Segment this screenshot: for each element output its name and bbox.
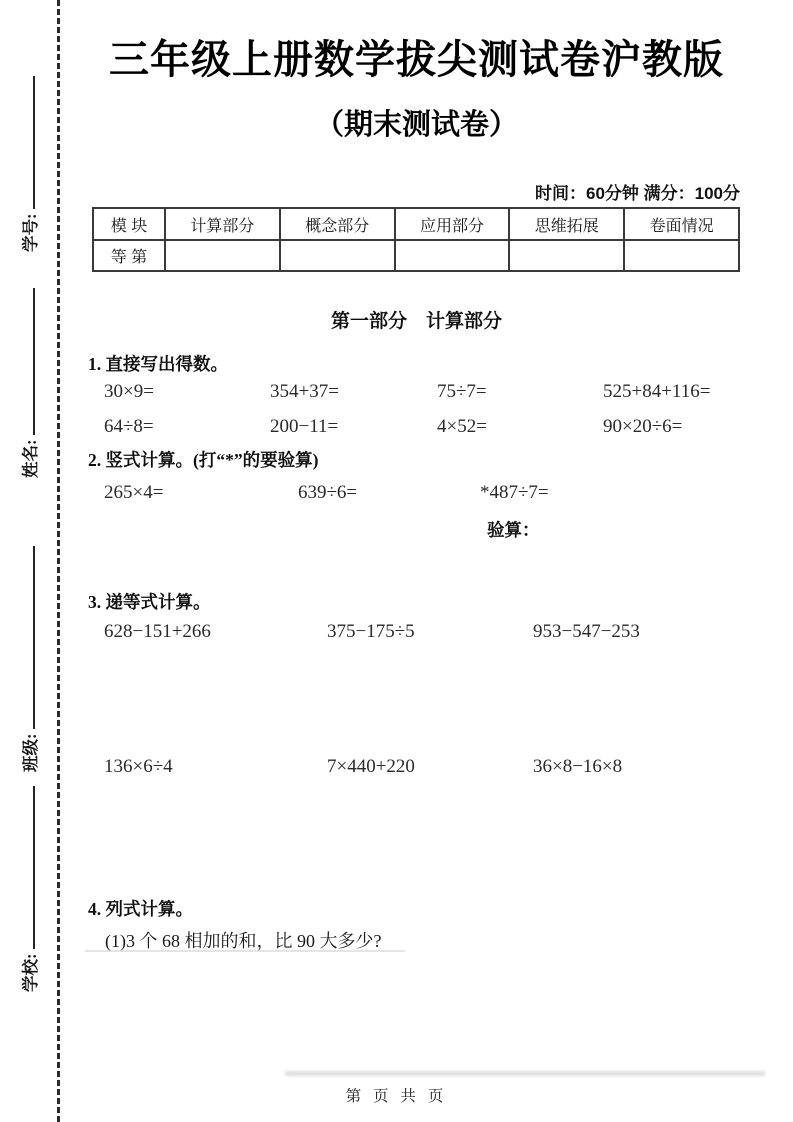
grade-cell bbox=[165, 240, 280, 271]
q3-label: 3. 递等式计算。 bbox=[88, 589, 211, 614]
q2-check-label: 验算： bbox=[487, 517, 540, 542]
q3-equation: 136×6÷4 bbox=[104, 756, 173, 778]
q3-equation: 36×8−16×8 bbox=[533, 756, 622, 778]
q3-equation: 375−175÷5 bbox=[327, 621, 415, 643]
grade-row-label: 等 第 bbox=[93, 240, 165, 271]
q1-equation: 525+84+116= bbox=[603, 381, 710, 403]
score-table-header-row: 模 块 计算部分 概念部分 应用部分 思维拓展 卷面情况 bbox=[93, 208, 739, 240]
q3-row-1: 628−151+266 375−175÷5 953−547−253 bbox=[88, 621, 778, 647]
score-header-concept: 概念部分 bbox=[280, 208, 395, 240]
q1-equation: 64÷8= bbox=[104, 416, 154, 438]
score-header-calculation: 计算部分 bbox=[165, 208, 280, 240]
scan-artifact bbox=[85, 950, 405, 952]
school-fill-line bbox=[33, 786, 35, 950]
q2-equation: *487÷7= bbox=[480, 482, 549, 504]
name-fill-line bbox=[33, 288, 35, 436]
binding-dashed-line bbox=[57, 0, 60, 1122]
q3-equation: 628−151+266 bbox=[104, 621, 211, 643]
margin-field-name: 姓名: bbox=[15, 286, 41, 478]
q1-equation: 354+37= bbox=[270, 381, 339, 403]
time-score-meta: 时间：60分钟 满分：100分 bbox=[88, 179, 740, 204]
page-subtitle: （期末测试卷） bbox=[88, 102, 745, 143]
q1-label: 1. 直接写出得数。 bbox=[88, 351, 228, 376]
score-table-grade-row: 等 第 bbox=[93, 240, 739, 271]
exam-paper-page: 学号: 姓名: 班级: 学校: 三年级上册数学拔尖测试卷沪教版 （期末测试卷） … bbox=[0, 0, 793, 1122]
q3-equation: 953−547−253 bbox=[533, 621, 640, 643]
page-footer: 第 页 共 页 bbox=[0, 1084, 793, 1106]
margin-field-student-id: 学号: bbox=[15, 74, 41, 252]
q1-equation: 90×20÷6= bbox=[603, 416, 682, 438]
q3-equation: 7×440+220 bbox=[327, 756, 415, 778]
score-header-thinking: 思维拓展 bbox=[509, 208, 624, 240]
q1-row-1: 30×9= 354+37= 75÷7= 525+84+116= bbox=[88, 381, 778, 407]
student-id-label: 学号: bbox=[17, 214, 41, 253]
grade-cell bbox=[395, 240, 510, 271]
score-header-module: 模 块 bbox=[93, 208, 165, 240]
grade-cell bbox=[280, 240, 395, 271]
class-label: 班级: bbox=[17, 734, 41, 773]
q2-label: 2. 竖式计算。(打“*”的要验算) bbox=[88, 447, 318, 472]
grade-cell bbox=[624, 240, 739, 271]
score-table: 模 块 计算部分 概念部分 应用部分 思维拓展 卷面情况 等 第 bbox=[92, 207, 740, 272]
q1-equation: 200−11= bbox=[270, 416, 338, 438]
section-1-heading: 第一部分 计算部分 bbox=[88, 306, 745, 333]
margin-field-school: 学校: bbox=[15, 784, 41, 992]
school-label: 学校: bbox=[17, 954, 41, 993]
q3-row-2: 136×6÷4 7×440+220 36×8−16×8 bbox=[88, 756, 778, 782]
q2-equation: 265×4= bbox=[104, 482, 163, 504]
q1-row-2: 64÷8= 200−11= 4×52= 90×20÷6= bbox=[88, 416, 778, 442]
q2-equation: 639÷6= bbox=[298, 482, 357, 504]
name-label: 姓名: bbox=[17, 440, 41, 479]
q1-equation: 4×52= bbox=[437, 416, 487, 438]
q1-equation: 75÷7= bbox=[437, 381, 487, 403]
q2-row: 265×4= 639÷6= *487÷7= bbox=[88, 482, 778, 508]
score-header-application: 应用部分 bbox=[395, 208, 510, 240]
grade-cell bbox=[509, 240, 624, 271]
page-title: 三年级上册数学拔尖测试卷沪教版 bbox=[88, 28, 745, 85]
q1-equation: 30×9= bbox=[104, 381, 154, 403]
scan-artifact bbox=[285, 1071, 765, 1076]
margin-field-class: 班级: bbox=[15, 544, 41, 772]
student-id-fill-line bbox=[33, 76, 35, 210]
class-fill-line bbox=[33, 546, 35, 730]
score-header-neatness: 卷面情况 bbox=[624, 208, 739, 240]
q4-label: 4. 列式计算。 bbox=[88, 896, 193, 921]
